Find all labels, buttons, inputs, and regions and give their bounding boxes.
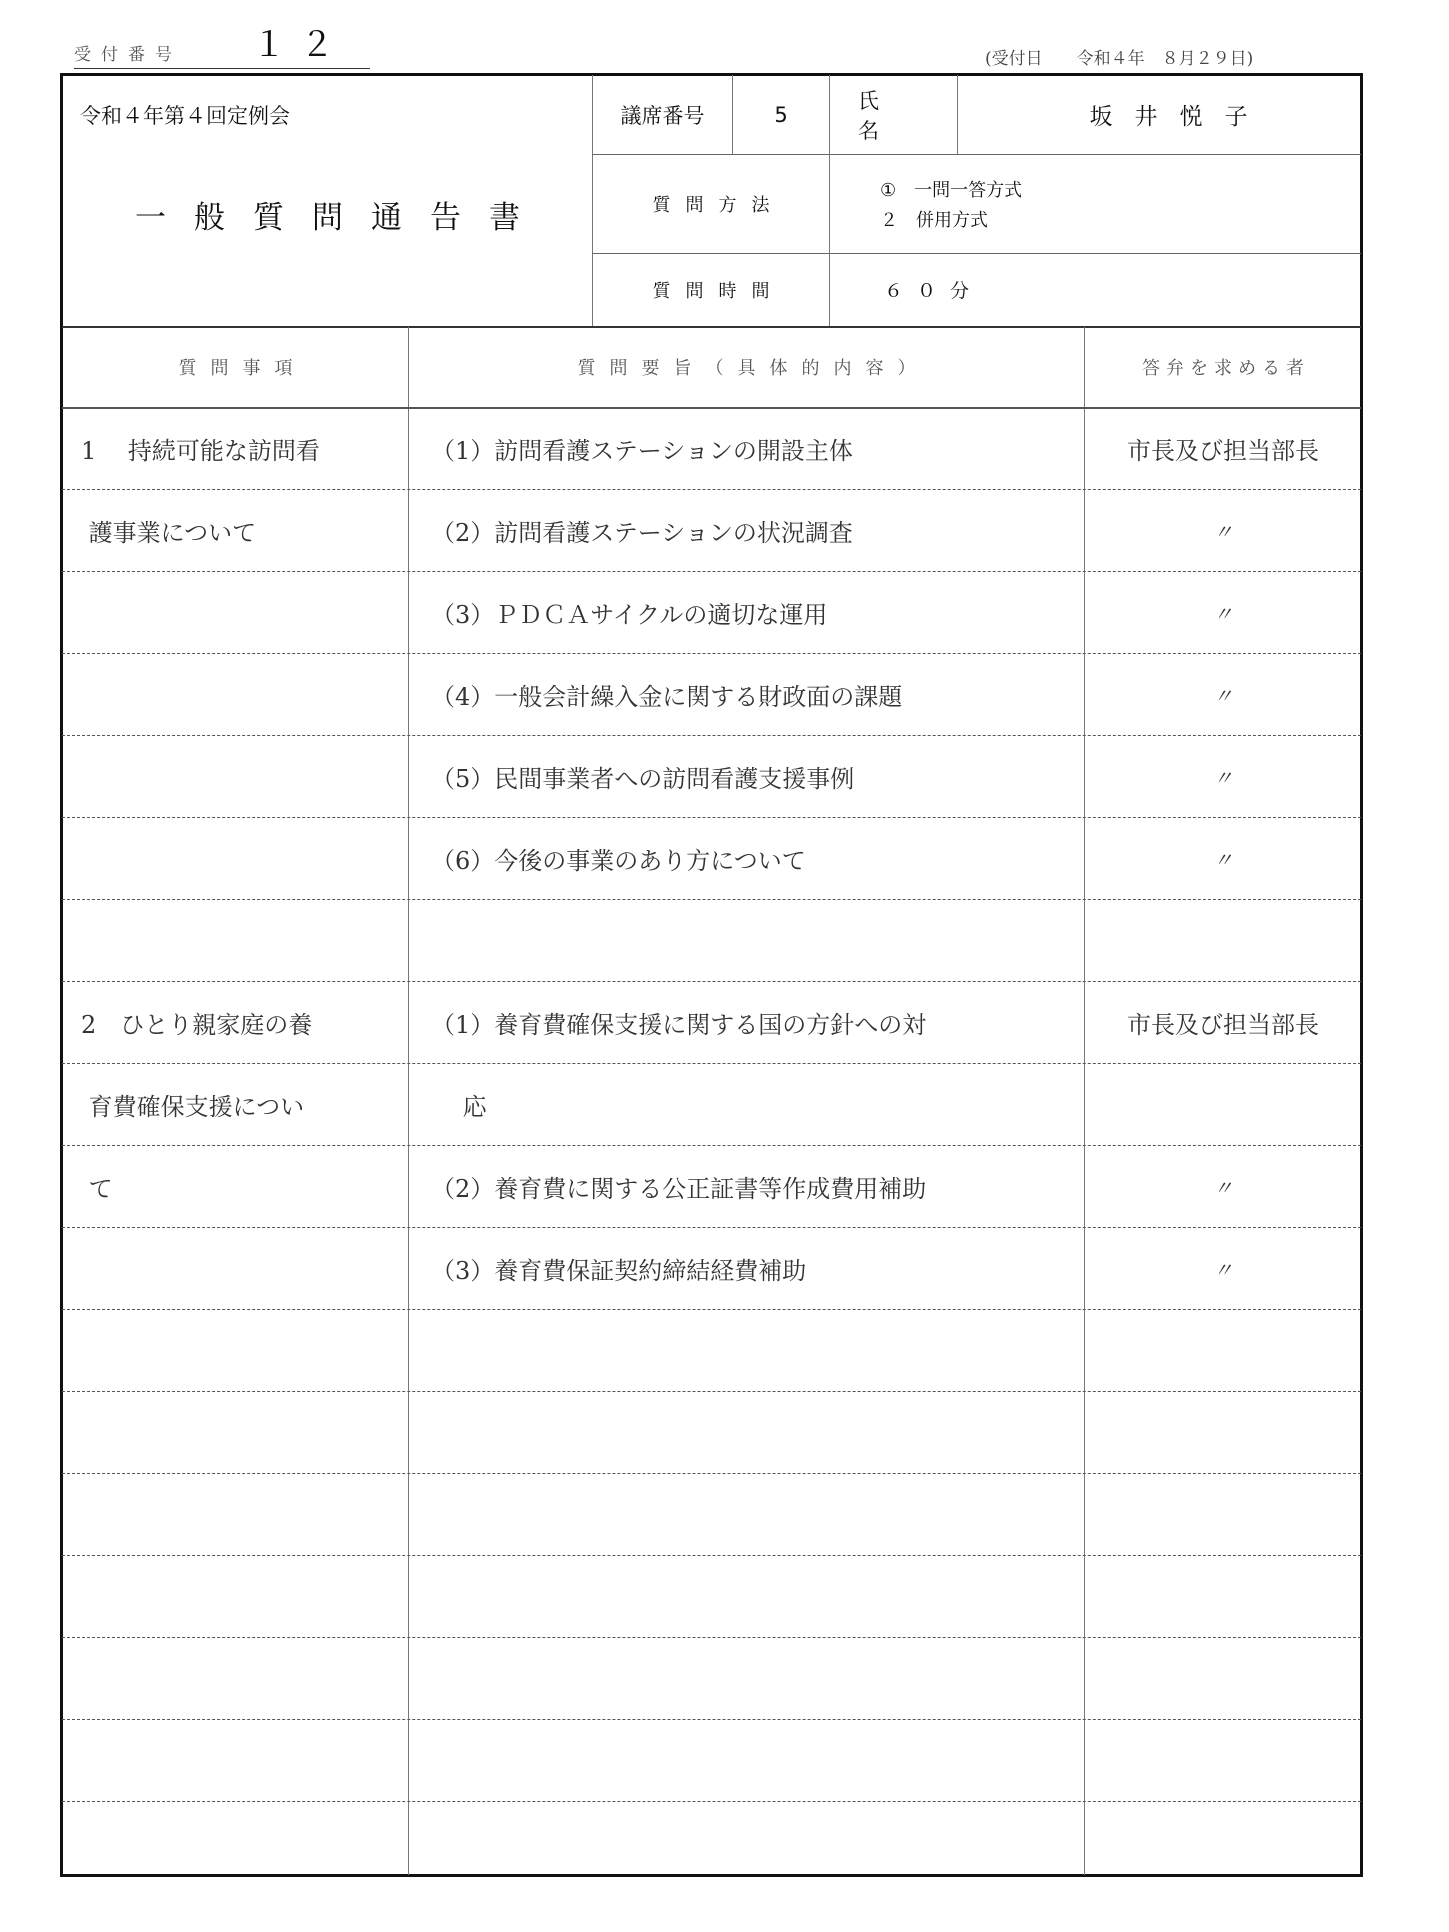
- question-detail: 応: [409, 1063, 1084, 1145]
- question-topic: [63, 1637, 408, 1719]
- document-title: 一般質問通告書: [63, 154, 592, 274]
- question-detail: （3）ＰＤＣＡサイクルの適切な運用: [409, 571, 1084, 653]
- question-detail: （6）今後の事業のあり方について: [409, 817, 1084, 899]
- question-topic: [63, 735, 408, 817]
- column-header-respondent: 答弁を求める者: [1085, 327, 1361, 407]
- question-topic: [63, 653, 408, 735]
- question-detail: [409, 1309, 1084, 1391]
- respondent: 〃: [1085, 571, 1361, 653]
- respondent: 〃: [1085, 817, 1361, 899]
- question-detail: （2）養育費に関する公正証書等作成費用補助: [409, 1145, 1084, 1227]
- receipt-number-value: １２: [252, 17, 348, 66]
- question-detail: （2）訪問看護ステーションの状況調査: [409, 489, 1084, 571]
- respondent: 〃: [1085, 489, 1361, 571]
- name-label: 氏 名: [830, 75, 957, 154]
- column-header-detail: 質問要旨（具体的内容）: [409, 327, 1084, 407]
- question-topic: 1 持続可能な訪問看: [63, 407, 408, 489]
- question-detail: [409, 1391, 1084, 1473]
- question-topic: [63, 1555, 408, 1637]
- question-detail: （3）養育費保証契約締結経費補助: [409, 1227, 1084, 1309]
- seat-number-label: 議席番号: [593, 75, 732, 154]
- question-time-value: ６０分: [830, 253, 1361, 326]
- question-detail: [409, 1473, 1084, 1555]
- respondent: 〃: [1085, 735, 1361, 817]
- respondent: [1085, 1391, 1361, 1473]
- receipt-number-field: 受付番号 １２: [74, 30, 370, 69]
- respondent: [1085, 1309, 1361, 1391]
- question-topic: [63, 1719, 408, 1801]
- question-method-options: ① 一問一答方式 ２ 併用方式: [830, 154, 1361, 253]
- question-detail: [409, 1637, 1084, 1719]
- question-detail: [409, 899, 1084, 981]
- respondent: 市長及び担当部長: [1085, 981, 1361, 1063]
- seat-number-value: 5: [733, 75, 829, 154]
- respondent: 〃: [1085, 1145, 1361, 1227]
- respondent: 〃: [1085, 653, 1361, 735]
- respondent: [1085, 1637, 1361, 1719]
- receipt-number-label: 受付番号: [74, 40, 182, 65]
- question-detail: （4）一般会計繰入金に関する財政面の課題: [409, 653, 1084, 735]
- question-topic: 護事業について: [63, 489, 408, 571]
- respondent: [1085, 1555, 1361, 1637]
- respondent: 〃: [1085, 1227, 1361, 1309]
- received-date: (受付日 令和４年 ８月２９日): [985, 44, 1253, 69]
- question-topic: 2 ひとり親家庭の養: [63, 981, 408, 1063]
- respondent: [1085, 899, 1361, 981]
- method-option-combined: ２ 併用方式: [880, 206, 1022, 236]
- question-topic: [63, 571, 408, 653]
- member-name: 坂井悦子: [958, 75, 1361, 154]
- question-topic: [63, 1391, 408, 1473]
- question-detail: [409, 1801, 1084, 1875]
- question-detail: （1）訪問看護ステーションの開設主体: [409, 407, 1084, 489]
- respondent: [1085, 1801, 1361, 1875]
- question-topic: [63, 1309, 408, 1391]
- question-detail: （1）養育費確保支援に関する国の方針への対: [409, 981, 1084, 1063]
- respondent: [1085, 1063, 1361, 1145]
- respondent: [1085, 1473, 1361, 1555]
- question-method-label: 質問方法: [593, 154, 829, 253]
- column-header-topic: 質問事項: [63, 327, 408, 407]
- respondent: [1085, 1719, 1361, 1801]
- question-topic: [63, 899, 408, 981]
- question-detail: [409, 1719, 1084, 1801]
- question-topic: て: [63, 1145, 408, 1227]
- question-topic: [63, 1473, 408, 1555]
- respondent: 市長及び担当部長: [1085, 407, 1361, 489]
- question-topic: [63, 817, 408, 899]
- question-time-label: 質問時間: [593, 253, 829, 326]
- question-detail: [409, 1555, 1084, 1637]
- question-topic: 育費確保支援につい: [63, 1063, 408, 1145]
- question-topic: [63, 1227, 408, 1309]
- question-detail: （5）民間事業者への訪問看護支援事例: [409, 735, 1084, 817]
- question-topic: [63, 1801, 408, 1875]
- session-name: 令和４年第４回定例会: [80, 75, 580, 154]
- method-option-one-by-one: ① 一問一答方式: [880, 176, 1022, 206]
